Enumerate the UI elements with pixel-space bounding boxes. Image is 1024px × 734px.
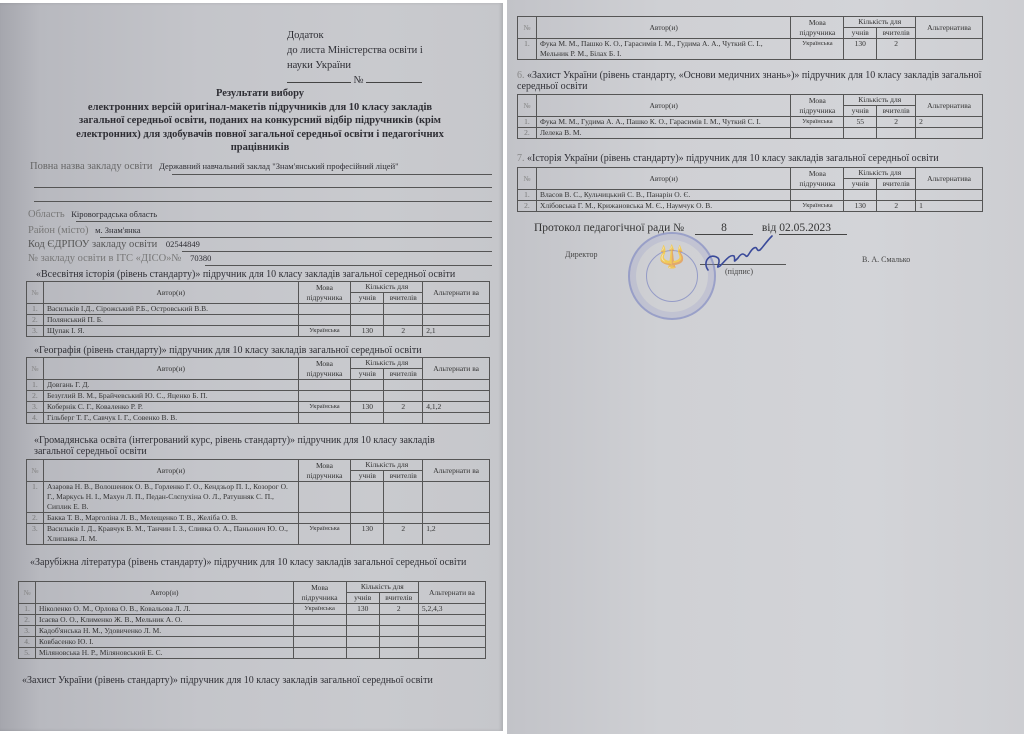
row-teachers (384, 513, 423, 524)
row-authors: Лелека В. М. (536, 128, 791, 139)
row-students (346, 637, 379, 648)
table-world-history: № Автор(и) Мова підручника Кількість для… (26, 281, 490, 337)
table-row: 3.Кадоб'янська Н. М., Удовиченко Л. М. (19, 626, 486, 637)
col-alt: Альтернати ва (418, 582, 485, 604)
row-lang (298, 513, 351, 524)
table-row: 1.Фука М. М., Пашко К. О., Гарасимів І. … (518, 39, 983, 60)
title-line: працівників (20, 141, 500, 155)
col-teachers: вчителів (877, 106, 916, 117)
row-alt (418, 615, 485, 626)
field-value: 70380 (190, 253, 211, 263)
row-authors: Бакка Т. В., Марголіна Л. В., Мелещенко … (43, 513, 298, 524)
row-authors: Кобернік С. Г., Коваленко Р. Р. (43, 402, 298, 413)
col-alt: Альтернати ва (423, 358, 490, 380)
row-authors: Хлібовська Г. М., Крижановська М. Є., На… (536, 201, 791, 212)
section-title-text: «Захист України (рівень стандарту, «Осно… (517, 70, 981, 92)
row-teachers: 2 (384, 524, 423, 545)
title-line: електронних) для здобувачів повної загал… (20, 128, 500, 142)
col-num: № (27, 358, 44, 380)
table-geography: № Автор(и) Мова підручника Кількість для… (26, 357, 490, 424)
row-teachers: 2 (877, 39, 916, 60)
col-teachers: вчителів (877, 28, 916, 39)
col-num: № (27, 460, 44, 482)
row-students: 130 (351, 524, 384, 545)
field-district: Район (місто) м. Знам'янка (28, 225, 141, 236)
section-number: 7. (517, 153, 525, 164)
row-lang (791, 190, 844, 201)
row-students (351, 391, 384, 402)
row-students: 55 (844, 117, 877, 128)
row-teachers: 2 (877, 201, 916, 212)
col-alt: Альтернатива (916, 17, 983, 39)
field-underline (182, 251, 492, 252)
row-teachers (384, 413, 423, 424)
row-alt (916, 190, 983, 201)
appendix-line: науки України (287, 58, 423, 73)
row-teachers (384, 315, 423, 326)
row-students (351, 482, 384, 513)
field-underline (205, 265, 492, 266)
row-lang (298, 482, 351, 513)
row-num: 1. (518, 117, 537, 128)
row-alt: 2,1 (423, 326, 490, 337)
row-num: 3. (27, 402, 44, 413)
row-students (351, 380, 384, 391)
field-value: м. Знам'янка (95, 225, 140, 235)
col-teachers: вчителів (384, 369, 423, 380)
row-authors: Фука М. М., Гудима А. А., Пашко К. О., Г… (536, 117, 791, 128)
row-num: 1. (27, 380, 44, 391)
table-header-row: № Автор(и) Мова підручника Кількість для… (518, 95, 983, 106)
section-title-world-history: «Всесвітня історія (рівень стандарту)» п… (36, 269, 455, 280)
col-authors: Автор(и) (536, 17, 791, 39)
table-header-row: № Автор(и) Мова підручника Кількість для… (19, 582, 486, 593)
table-row: 3.Васильків І. Д., Кравчук В. М., Танчин… (27, 524, 490, 545)
col-students: учнів (351, 369, 384, 380)
row-num: 2. (27, 315, 44, 326)
row-alt (916, 39, 983, 60)
row-num: 4. (27, 413, 44, 424)
field-underline (34, 201, 492, 202)
col-students: учнів (844, 28, 877, 39)
signatory-role: Директор (565, 250, 597, 259)
row-authors: Власов В. С., Кульчицький С. В., Панарін… (536, 190, 791, 201)
col-authors: Автор(и) (36, 582, 294, 604)
row-lang (298, 413, 351, 424)
row-teachers (384, 380, 423, 391)
document-page-right: № Автор(и) Мова підручника Кількість для… (507, 0, 1024, 734)
row-lang: Українська (293, 604, 346, 615)
col-teachers: вчителів (877, 179, 916, 190)
col-qty: Кількість для (351, 460, 423, 471)
col-authors: Автор(и) (536, 168, 791, 190)
row-teachers (379, 615, 418, 626)
row-students: 130 (346, 604, 379, 615)
field-value: Кіровоградська область (71, 209, 157, 219)
table-row: 4.Гільберг Т. Г., Савчук І. Г., Совенко … (27, 413, 490, 424)
col-alt: Альтернатива (916, 95, 983, 117)
row-num: 5. (19, 648, 36, 659)
row-num: 1. (19, 604, 36, 615)
row-alt: 4,1,2 (423, 402, 490, 413)
row-lang (293, 615, 346, 626)
table-row: 1.Фука М. М., Гудима А. А., Пашко К. О.,… (518, 117, 983, 128)
row-alt (423, 413, 490, 424)
row-num: 2. (27, 391, 44, 402)
section-number: 6. (517, 70, 525, 81)
col-qty: Кількість для (844, 168, 916, 179)
col-qty: Кількість для (844, 17, 916, 28)
table-header-row: № Автор(и) Мова підручника Кількість для… (27, 460, 490, 471)
row-num: 1. (518, 39, 537, 60)
row-students: 130 (351, 402, 384, 413)
row-num: 4. (19, 637, 36, 648)
col-teachers: вчителів (379, 593, 418, 604)
row-authors: Азарова Н. В., Волошенюк О. В., Горленко… (43, 482, 298, 513)
row-authors: Міляновська Н. Р., Міляновський Е. С. (36, 648, 294, 659)
row-lang: Українська (791, 201, 844, 212)
row-students (346, 626, 379, 637)
row-teachers: 2 (384, 326, 423, 337)
row-authors: Довгань Г. Д. (43, 380, 298, 391)
row-alt (423, 391, 490, 402)
row-alt (423, 304, 490, 315)
row-teachers: 2 (877, 117, 916, 128)
row-num: 1. (518, 190, 537, 201)
col-lang: Мова підручника (298, 282, 351, 304)
row-students: 130 (351, 326, 384, 337)
col-authors: Автор(и) (43, 358, 298, 380)
row-lang (298, 380, 351, 391)
document-page-left: Додаток до листа Міністерства освіти і н… (0, 3, 503, 731)
table-foreign-literature: № Автор(и) Мова підручника Кількість для… (18, 581, 486, 659)
row-lang: Українська (791, 39, 844, 60)
section-title-history-of-ukraine: 7. «Історія України (рівень стандарту)» … (517, 153, 939, 164)
field-label: Область (28, 209, 65, 220)
number-sign: № (354, 75, 364, 86)
row-alt (418, 648, 485, 659)
row-students (346, 648, 379, 659)
row-num: 2. (518, 201, 537, 212)
col-alt: Альтернати ва (423, 282, 490, 304)
row-students (844, 190, 877, 201)
col-teachers: вчителів (384, 293, 423, 304)
field-label: Повна назва закладу освіти (30, 161, 153, 172)
title-line: загальної середньої освіти, поданих на к… (20, 114, 500, 128)
section-title-geography: «Географія (рівень стандарту)» підручник… (34, 345, 422, 356)
row-authors: Кадоб'янська Н. М., Удовиченко Л. М. (36, 626, 294, 637)
col-lang: Мова підручника (791, 17, 844, 39)
document-title: Результати вибору електронних версій ори… (20, 87, 500, 155)
row-teachers (384, 304, 423, 315)
appendix-header: Додаток до листа Міністерства освіти і н… (287, 28, 423, 88)
row-alt: 2 (916, 117, 983, 128)
col-students: учнів (844, 106, 877, 117)
section-title-text: «Історія України (рівень стандарту)» під… (527, 153, 939, 164)
row-lang: Українська (298, 402, 351, 413)
row-lang (293, 648, 346, 659)
row-alt (423, 380, 490, 391)
section-title-medical-basics: 6. «Захист України (рівень стандарту, «О… (517, 70, 987, 92)
section-title-defense-of-ukraine: «Захист України (рівень стандарту)» підр… (22, 675, 433, 686)
row-alt: 5,2,4,3 (418, 604, 485, 615)
row-lang (293, 626, 346, 637)
row-teachers (384, 482, 423, 513)
field-region: Область Кіровоградська область (28, 209, 157, 220)
row-alt: 1 (916, 201, 983, 212)
table-row: 2.Лелека В. М. (518, 128, 983, 139)
col-qty: Кількість для (844, 95, 916, 106)
col-qty: Кількість для (351, 282, 423, 293)
col-num: № (518, 17, 537, 39)
row-num: 2. (19, 615, 36, 626)
row-students (351, 304, 384, 315)
table-header-row: № Автор(и) Мова підручника Кількість для… (27, 282, 490, 293)
col-lang: Мова підручника (791, 168, 844, 190)
row-students (351, 315, 384, 326)
row-lang (298, 315, 351, 326)
row-lang: Українська (298, 326, 351, 337)
row-students (351, 513, 384, 524)
col-lang: Мова підручника (293, 582, 346, 604)
row-teachers: 2 (384, 402, 423, 413)
col-authors: Автор(и) (43, 282, 298, 304)
row-teachers (379, 648, 418, 659)
table-row: 2.Ісаєва О. О., Клименко Ж. В., Мельник … (19, 615, 486, 626)
row-authors: Гільберг Т. Г., Савчук І. Г., Совенко В.… (43, 413, 298, 424)
title-bold: Результати вибору (20, 87, 500, 101)
row-num: 2. (518, 128, 537, 139)
row-alt (418, 626, 485, 637)
row-teachers (877, 128, 916, 139)
row-num: 1. (27, 482, 44, 513)
title-line: електронних версій оригінал-макетів підр… (20, 101, 500, 115)
table-defense-of-ukraine-continued: № Автор(и) Мова підручника Кількість для… (517, 16, 983, 60)
row-authors: Фука М. М., Пашко К. О., Гарасимів І. М.… (536, 39, 791, 60)
col-num: № (27, 282, 44, 304)
row-lang: Українська (791, 117, 844, 128)
col-alt: Альтернатива (916, 168, 983, 190)
row-alt (423, 482, 490, 513)
field-underline (100, 237, 492, 238)
table-history-of-ukraine: № Автор(и) Мова підручника Кількість для… (517, 167, 983, 212)
row-students (346, 615, 379, 626)
row-alt (916, 128, 983, 139)
col-students: учнів (351, 293, 384, 304)
row-num: 3. (27, 524, 44, 545)
appendix-line: до листа Міністерства освіти і (287, 43, 423, 58)
col-lang: Мова підручника (298, 358, 351, 380)
row-teachers (379, 626, 418, 637)
table-row: 2.Бакка Т. В., Марголіна Л. В., Мелещенк… (27, 513, 490, 524)
row-num: 2. (27, 513, 44, 524)
row-teachers (384, 391, 423, 402)
col-teachers: вчителів (384, 471, 423, 482)
row-lang (791, 128, 844, 139)
row-alt: 1,2 (423, 524, 490, 545)
row-num: 3. (19, 626, 36, 637)
row-authors: Ковбасенко Ю. І. (36, 637, 294, 648)
row-authors: Васильків І. Д., Кравчук В. М., Танчин І… (43, 524, 298, 545)
row-students (351, 413, 384, 424)
row-lang (298, 304, 351, 315)
row-teachers: 2 (379, 604, 418, 615)
field-edrpou: Код ЄДРПОУ закладу освіти 02544849 (28, 239, 200, 250)
row-students: 130 (844, 39, 877, 60)
row-alt (423, 315, 490, 326)
col-alt: Альтернати ва (423, 460, 490, 482)
table-row: 2.Безуглий В. М., Брайчевський Ю. С., Яц… (27, 391, 490, 402)
table-header-row: № Автор(и) Мова підручника Кількість для… (518, 168, 983, 179)
table-header-row: № Автор(и) Мова підручника Кількість для… (518, 17, 983, 28)
table-row: 2.Полянський П. Б. (27, 315, 490, 326)
row-num: 3. (27, 326, 44, 337)
row-alt (418, 637, 485, 648)
field-label: Код ЄДРПОУ закладу освіти (28, 239, 157, 250)
row-num: 1. (27, 304, 44, 315)
field-value: 02544849 (166, 239, 200, 249)
col-students: учнів (844, 179, 877, 190)
table-row: 5.Міляновська Н. Р., Міляновський Е. С. (19, 648, 486, 659)
signatory-name: В. А. Смалько (862, 255, 910, 264)
table-row: 4.Ковбасенко Ю. І. (19, 637, 486, 648)
table-row: 1.Ніколенко О. М., Орлова О. В., Ковальо… (19, 604, 486, 615)
row-authors: Полянський П. Б. (43, 315, 298, 326)
signature-scribble-icon (700, 226, 780, 276)
section-title-foreign-literature: «Зарубіжна література (рівень стандарту)… (30, 557, 470, 568)
col-qty: Кількість для (351, 358, 423, 369)
col-lang: Мова підручника (298, 460, 351, 482)
row-authors: Васильків І.Д., Сірожський Р.Б., Островс… (43, 304, 298, 315)
field-full-name: Повна назва закладу освіти Державний нав… (30, 161, 399, 172)
field-underline (34, 187, 492, 188)
row-authors: Ісаєва О. О., Клименко Ж. В., Мельник А.… (36, 615, 294, 626)
table-row: 1.Власов В. С., Кульчицький С. В., Панар… (518, 190, 983, 201)
table-header-row: № Автор(и) Мова підручника Кількість для… (27, 358, 490, 369)
field-value: Державний навчальний заклад "Знам'янськи… (159, 161, 398, 171)
row-alt (423, 513, 490, 524)
table-row: 1.Азарова Н. В., Волошенюк О. В., Горлен… (27, 482, 490, 513)
table-civic-education: № Автор(и) Мова підручника Кількість для… (26, 459, 490, 545)
field-label: Район (місто) (28, 225, 89, 236)
appendix-line: Додаток (287, 28, 423, 43)
field-underline (172, 174, 492, 175)
col-qty: Кількість для (346, 582, 418, 593)
row-authors: Безуглий В. М., Брайчевський Ю. С., Яцен… (43, 391, 298, 402)
row-teachers (379, 637, 418, 648)
col-num: № (518, 95, 537, 117)
col-num: № (518, 168, 537, 190)
col-num: № (19, 582, 36, 604)
section-title-civic-education: «Громадянська освіта (інтегрований курс,… (34, 435, 474, 457)
row-authors: Щупак І. Я. (43, 326, 298, 337)
field-underline (76, 221, 492, 222)
row-lang (293, 637, 346, 648)
row-lang (298, 391, 351, 402)
field-label: № закладу освіти в ІТС «ДІСО»№ (28, 253, 181, 264)
row-authors: Ніколенко О. М., Орлова О. В., Ковальова… (36, 604, 294, 615)
row-lang: Українська (298, 524, 351, 545)
col-authors: Автор(и) (43, 460, 298, 482)
table-medical-basics: № Автор(и) Мова підручника Кількість для… (517, 94, 983, 139)
col-lang: Мова підручника (791, 95, 844, 117)
table-row: 3.Кобернік С. Г., Коваленко Р. Р.Українс… (27, 402, 490, 413)
row-teachers (877, 190, 916, 201)
field-diso: № закладу освіти в ІТС «ДІСО»№ 70380 (28, 253, 211, 264)
col-students: учнів (351, 471, 384, 482)
table-row: 1.Васильків І.Д., Сірожський Р.Б., Остро… (27, 304, 490, 315)
protocol-line: Протокол педагогічної ради № 8 від 02.05… (534, 222, 847, 235)
protocol-date: 02.05.2023 (779, 222, 847, 235)
col-students: учнів (346, 593, 379, 604)
table-row: 3.Щупак І. Я.Українська13022,1 (27, 326, 490, 337)
table-row: 2.Хлібовська Г. М., Крижановська М. Є., … (518, 201, 983, 212)
row-students: 130 (844, 201, 877, 212)
row-students (844, 128, 877, 139)
table-row: 1.Довгань Г. Д. (27, 380, 490, 391)
col-authors: Автор(и) (536, 95, 791, 117)
